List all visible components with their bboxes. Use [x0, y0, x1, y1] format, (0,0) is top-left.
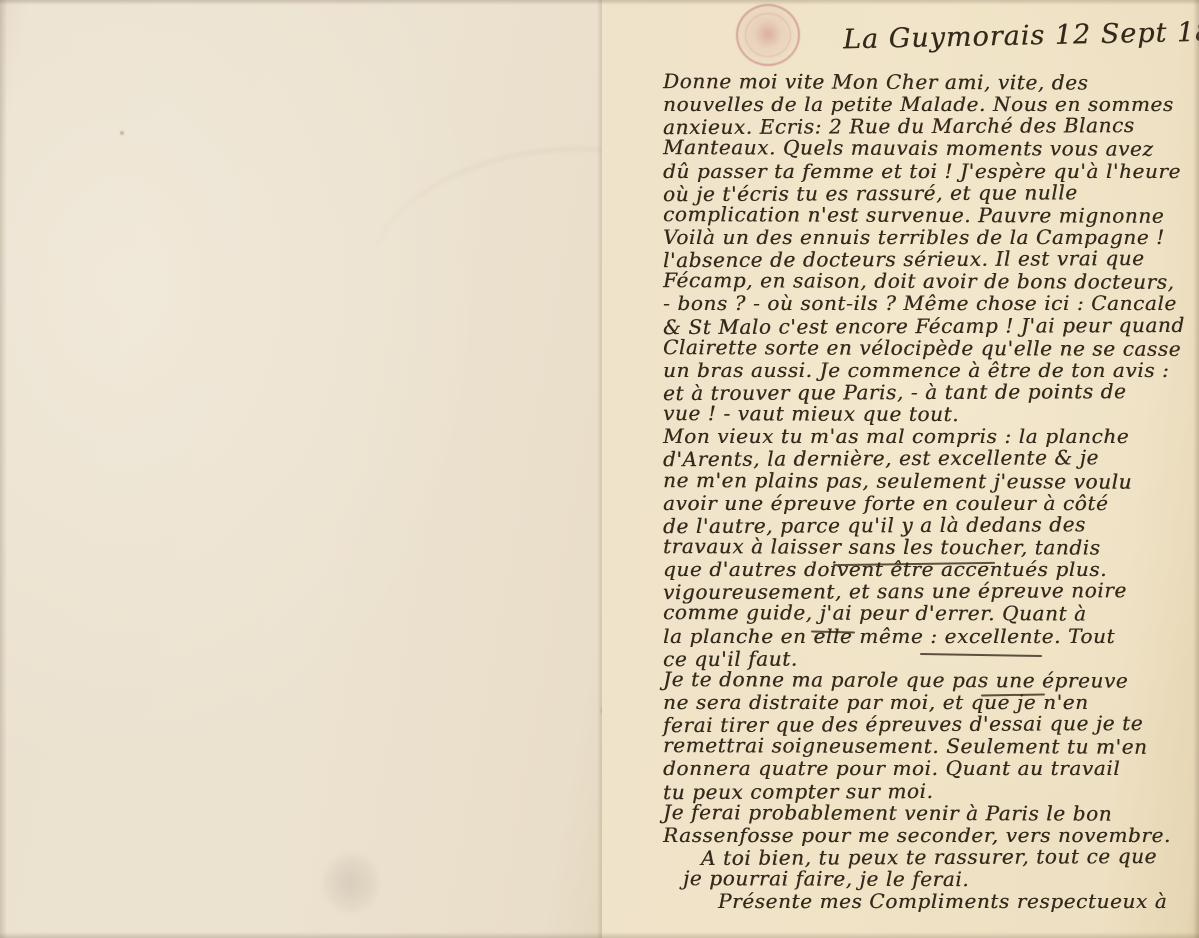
letter-line: où je t'écris tu es rassuré, et que null…	[663, 181, 1199, 205]
scan-edge-bottom	[0, 932, 1199, 938]
letter-line: Je te donne ma parole que pas une épreuv…	[663, 668, 1199, 692]
letter-line: la planche en elle même : excellente. To…	[663, 625, 1199, 647]
letter-line: Présente mes Compliments respectueux à	[663, 890, 1199, 912]
letter-line: Fécamp, en saison, doit avoir de bons do…	[663, 269, 1199, 293]
letter-line: comme guide, j'ai peur d'errer. Quant à	[663, 601, 1199, 625]
letter-line: Rassenfosse pour me seconder, vers novem…	[663, 824, 1199, 846]
scan-edge-right	[1193, 0, 1199, 938]
letter-body: Donne moi vite Mon Cher ami, vite, des n…	[663, 71, 1199, 912]
letter-line: ne sera distraite par moi, et que je n'e…	[663, 691, 1199, 713]
scan-edge-left	[0, 0, 7, 938]
paper-speck	[120, 131, 124, 135]
letter-line: ne m'en plains pas, seulement j'eusse vo…	[663, 469, 1199, 493]
letter-line: d'Arents, la dernière, est excellente & …	[663, 446, 1199, 470]
letter-line: vue ! - vaut mieux que tout.	[663, 402, 1199, 426]
letter-line: que d'autres doivent être accentués plus…	[663, 558, 1199, 580]
showthrough-smudge	[322, 852, 380, 914]
letter-line: avoir une épreuve forte en couleur à côt…	[663, 492, 1199, 514]
letter-line: nouvelles de la petite Malade. Nous en s…	[663, 93, 1199, 115]
letter-line: donnera quatre pour moi. Quant au travai…	[663, 757, 1199, 779]
letter-line: Je ferai probablement venir à Paris le b…	[663, 801, 1199, 825]
letter-line: ce qu'il faut.	[663, 645, 1199, 669]
letter-line: dû passer ta femme et toi ! J'espère qu'…	[663, 160, 1199, 182]
scan-edge-top	[0, 0, 1199, 5]
letter-line: - bons ? - où sont-ils ? Même chose ici …	[663, 292, 1199, 314]
letter-line: travaux à laisser sans les toucher, tand…	[663, 535, 1199, 559]
red-ink-stamp	[736, 4, 800, 66]
letter-line: Donne moi vite Mon Cher ami, vite, des	[663, 70, 1199, 94]
blank-left-page	[0, 0, 602, 938]
letter-line: Manteaux. Quels mauvais moments vous ave…	[663, 136, 1199, 160]
letter-line: & St Malo c'est encore Fécamp ! J'ai peu…	[663, 313, 1199, 337]
red-ink-stamp-center	[754, 21, 782, 48]
letter-scan: La Guymorais 12 Sept 1894. Donne moi vit…	[0, 0, 1199, 938]
letter-line: Voilà un des ennuis terribles de la Camp…	[663, 226, 1199, 248]
letter-line: Mon vieux tu m'as mal compris : la planc…	[663, 425, 1199, 447]
letter-line: un bras aussi. Je commence à être de ton…	[663, 359, 1199, 381]
letter-line: Clairette sorte en vélocipède qu'elle ne…	[663, 336, 1199, 360]
letter-line: remettrai soigneusement. Seulement tu m'…	[663, 734, 1199, 758]
letter-line: complication n'est survenue. Pauvre mign…	[663, 203, 1199, 227]
letter-line: je pourrai faire, je le ferai.	[663, 867, 1199, 891]
letter-line: tu peux compter sur moi.	[663, 778, 1199, 802]
